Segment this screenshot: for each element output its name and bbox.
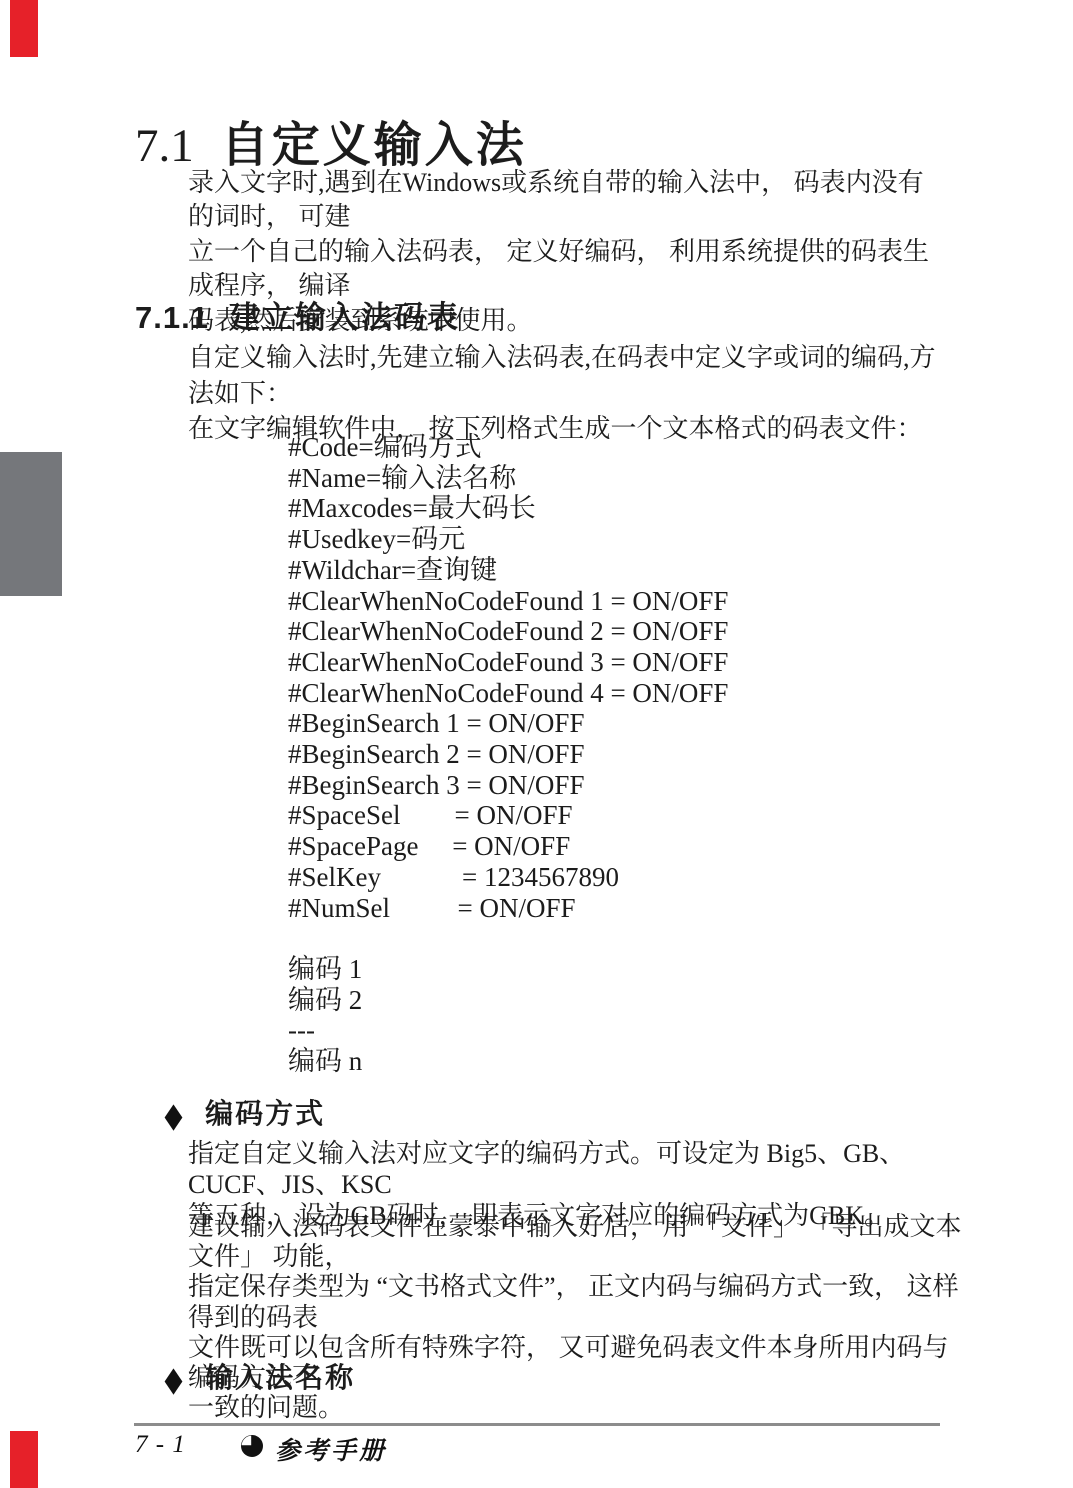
manual-page: 7.1自定义输入法 录入文字时,遇到在Windows或系统自带的输入法中， 码表… [0, 0, 1073, 1488]
subsection-heading: 7.1.1建立输入法码表 [135, 292, 460, 337]
bullet-heading-label: 编码方式 [205, 1098, 325, 1129]
code-table-listing: #Code=编码方式 #Name=输入法名称 #Maxcodes=最大码长 #U… [288, 432, 728, 1077]
chapter-tab-marker [0, 452, 62, 596]
bullet-heading-encoding-mode: ◆编码方式 [162, 1092, 325, 1133]
manual-title: 参考手册 [275, 1431, 387, 1467]
section-number: 7.1 [135, 120, 194, 172]
bullet-heading-ime-name: ◆输入法名称 [162, 1356, 355, 1397]
diamond-bullet-icon: ◆ [165, 1095, 183, 1135]
footer-divider [134, 1423, 940, 1426]
page-number: 7 - 1 [135, 1431, 186, 1458]
subsection-paragraph: 自定义输入法时,先建立输入法码表,在码表中定义字或词的编码,方法如下： 在文字编… [188, 340, 958, 447]
page-title: 7.1自定义输入法 [135, 106, 527, 175]
subsection-number: 7.1.1 [135, 300, 209, 335]
pie-circle-icon [240, 1434, 264, 1458]
section-title-text: 自定义输入法 [221, 119, 527, 172]
page-edge-marker-top [10, 0, 38, 57]
subsection-title-text: 建立输入法码表 [229, 300, 460, 335]
bullet-heading-label: 输入法名称 [205, 1362, 355, 1393]
diamond-bullet-icon: ◆ [165, 1359, 183, 1399]
page-footer: 7 - 1 参考手册 [135, 1431, 941, 1459]
page-edge-marker-bottom [10, 1431, 38, 1488]
